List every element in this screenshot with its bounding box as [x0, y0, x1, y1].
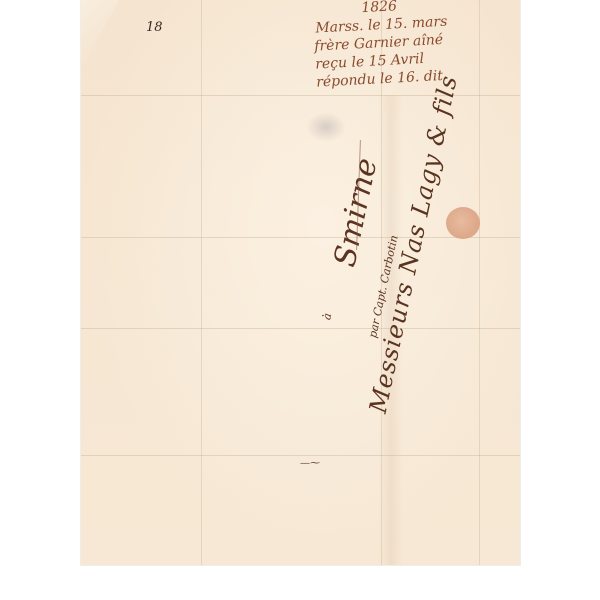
- fold-line: [479, 0, 480, 565]
- destination: Smirne: [327, 155, 384, 270]
- page-number: 18: [146, 20, 163, 35]
- fold-line: [81, 328, 520, 329]
- tear-mark: —⁓: [300, 458, 320, 469]
- folded-corner: [81, 0, 119, 70]
- docket-note: 1826 Marss. le 15. mars frère Garnier aî…: [306, 0, 451, 92]
- wax-seal: [446, 207, 480, 239]
- fold-line: [201, 0, 202, 565]
- fold-line: [81, 455, 520, 456]
- preposition: à: [320, 312, 334, 321]
- ink-smudge: [306, 112, 346, 142]
- letter-sheet: 18 1826 Marss. le 15. mars frère Garnier…: [81, 0, 520, 565]
